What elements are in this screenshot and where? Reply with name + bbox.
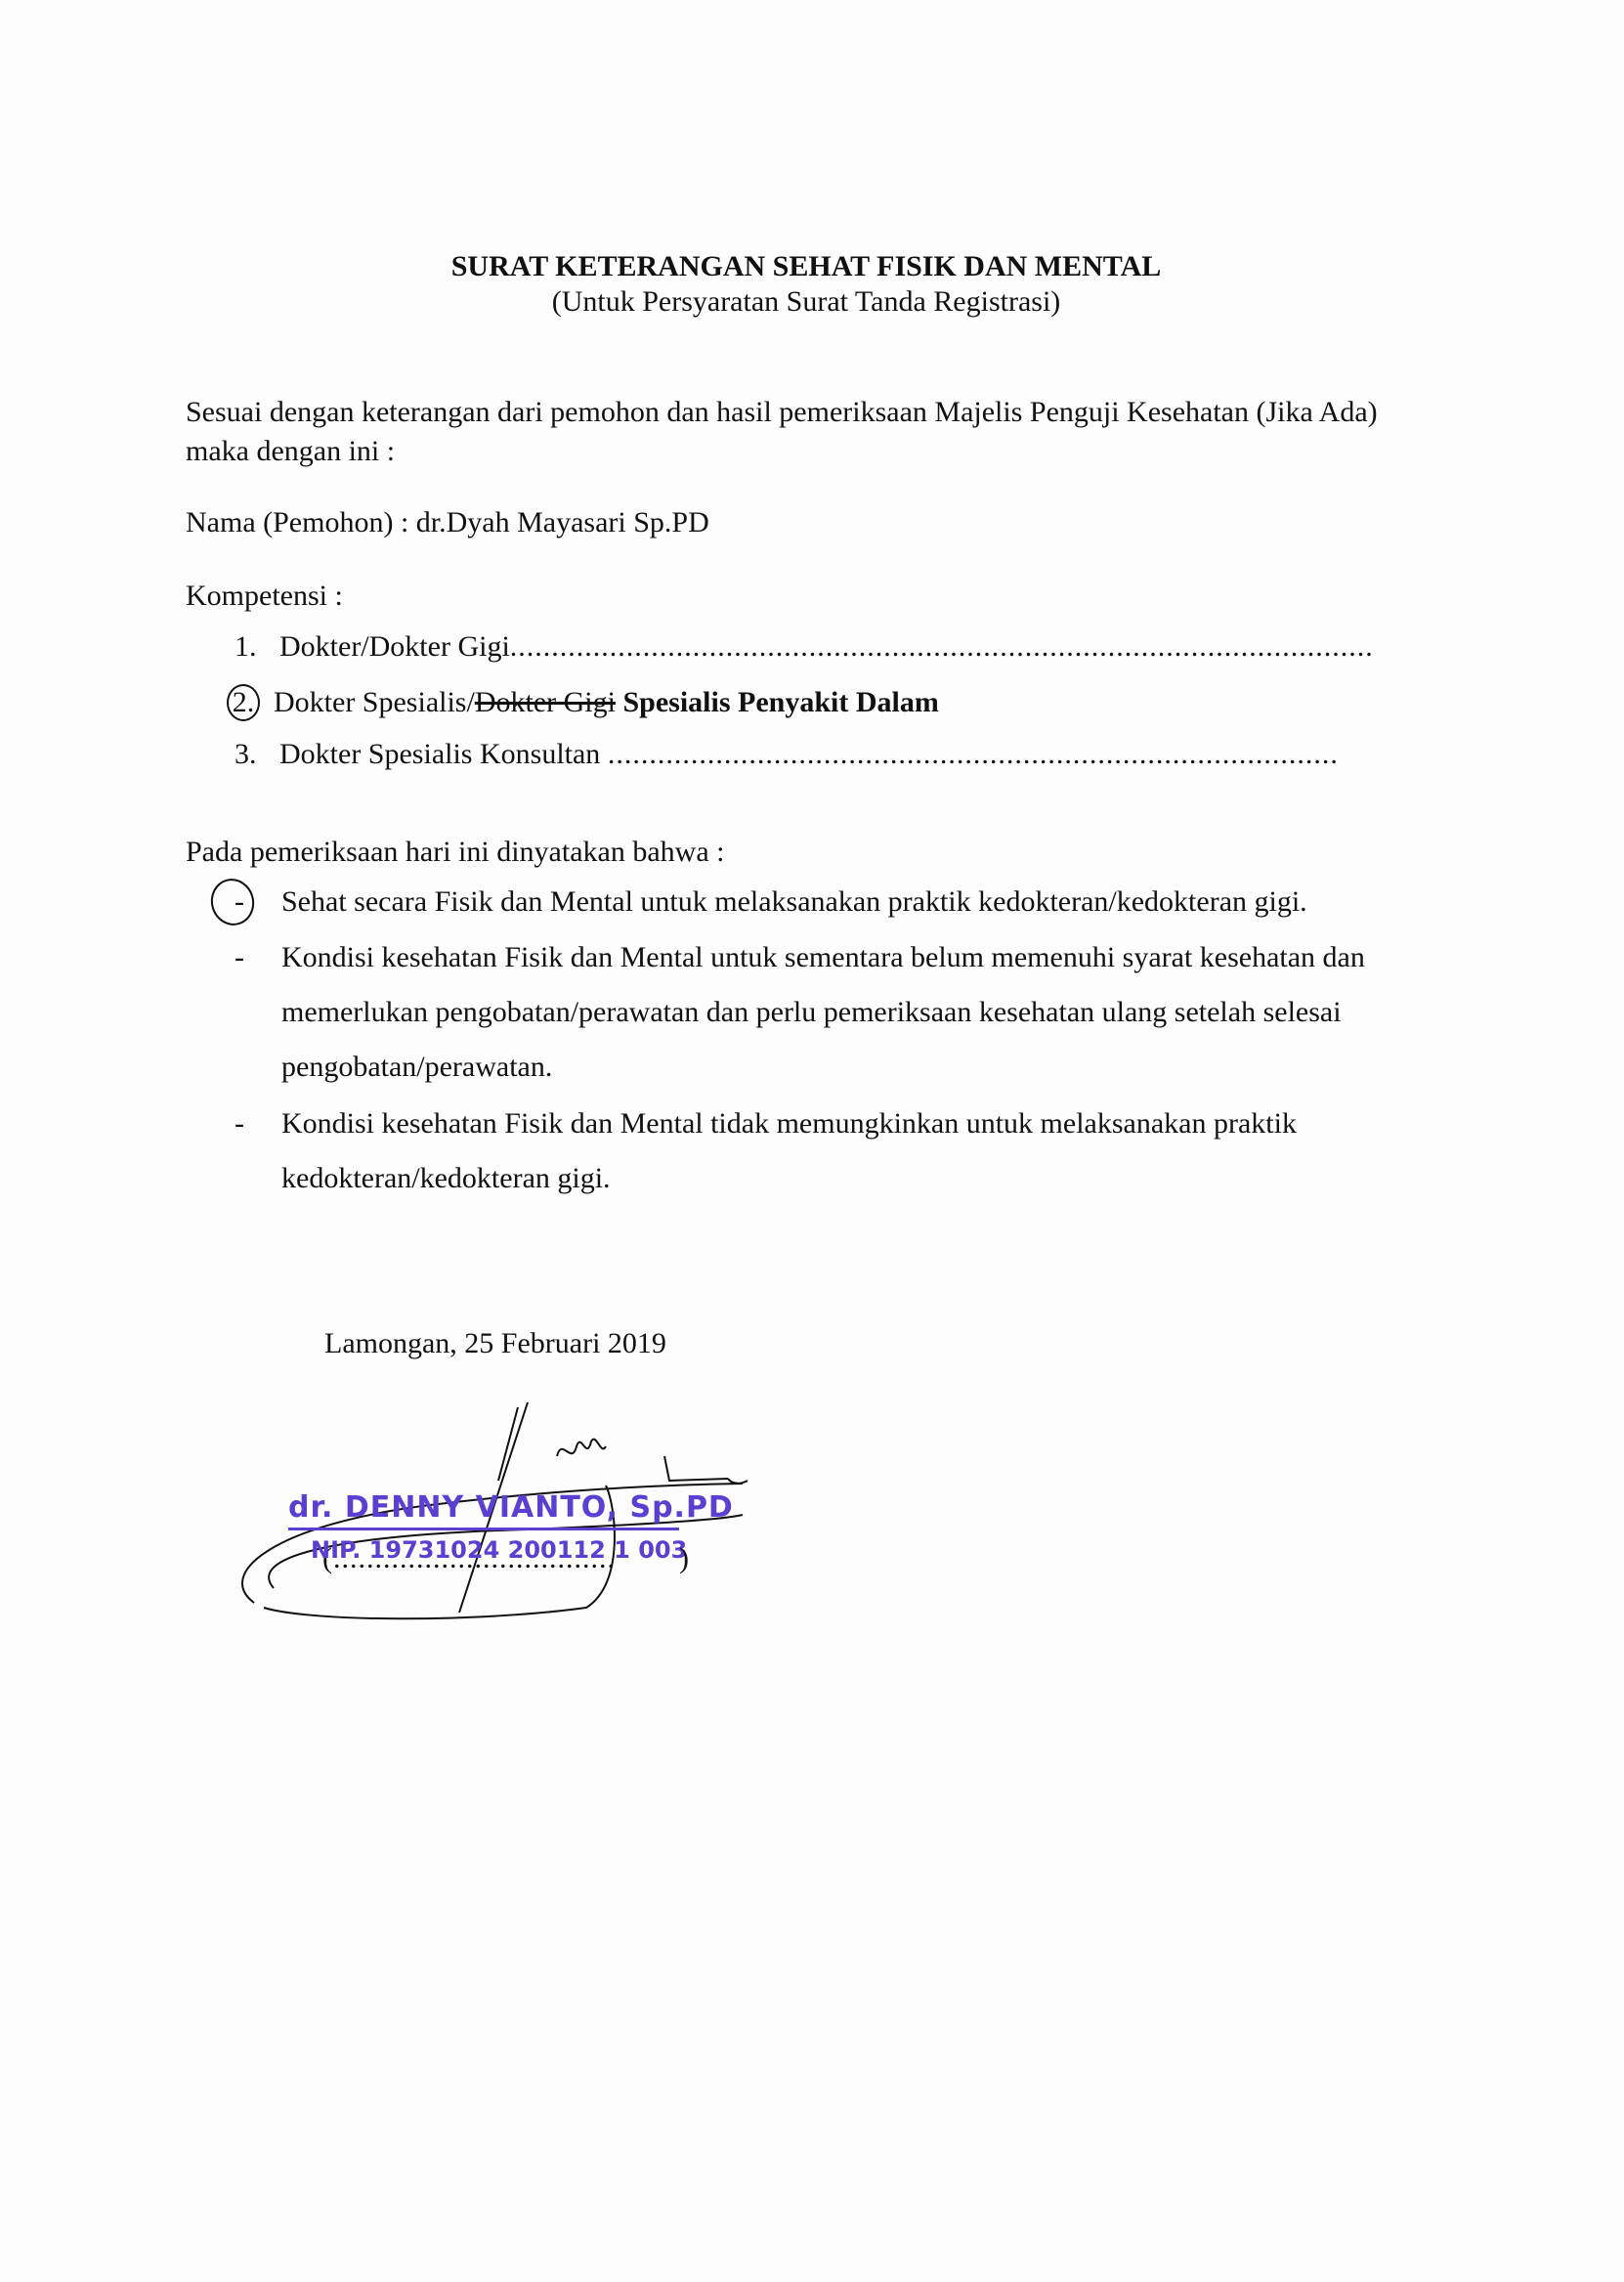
kompetensi-item-selected: 2.Dokter Spesialis/Dokter Gigi Spesialis… [235, 684, 939, 721]
document-title: SURAT KETERANGAN SEHAT FISIK DAN MENTAL [0, 250, 1612, 283]
stamp-divider [288, 1528, 679, 1530]
document-subtitle: (Untuk Persyaratan Surat Tanda Registras… [0, 285, 1612, 319]
stamp-nip: NIP. 19731024 200112 1 003 [311, 1536, 687, 1564]
circle-mark-icon: 2. [227, 684, 260, 721]
kompetensi-item: 3.Dokter Spesialis Konsultan ...........… [235, 738, 1339, 771]
kompetensi-label: Kompetensi : [186, 577, 1417, 616]
kompetensi-item: 1.Dokter/Dokter Gigi....................… [235, 630, 1374, 664]
pemeriksaan-label: Pada pemeriksaan hari ini dinyatakan bah… [186, 833, 1417, 872]
place-date: Lamongan, 25 Februari 2019 [324, 1327, 666, 1360]
signature-close: ) [679, 1542, 689, 1575]
applicant-name: Nama (Pemohon) : dr.Dyah Mayasari Sp.PD [186, 503, 1417, 542]
document-page: SURAT KETERANGAN SEHAT FISIK DAN MENTAL … [0, 0, 1624, 2282]
stamp-name: dr. DENNY VIANTO, Sp.PD [288, 1490, 734, 1525]
intro-paragraph: Sesuai dengan keterangan dari pemohon da… [186, 393, 1417, 471]
